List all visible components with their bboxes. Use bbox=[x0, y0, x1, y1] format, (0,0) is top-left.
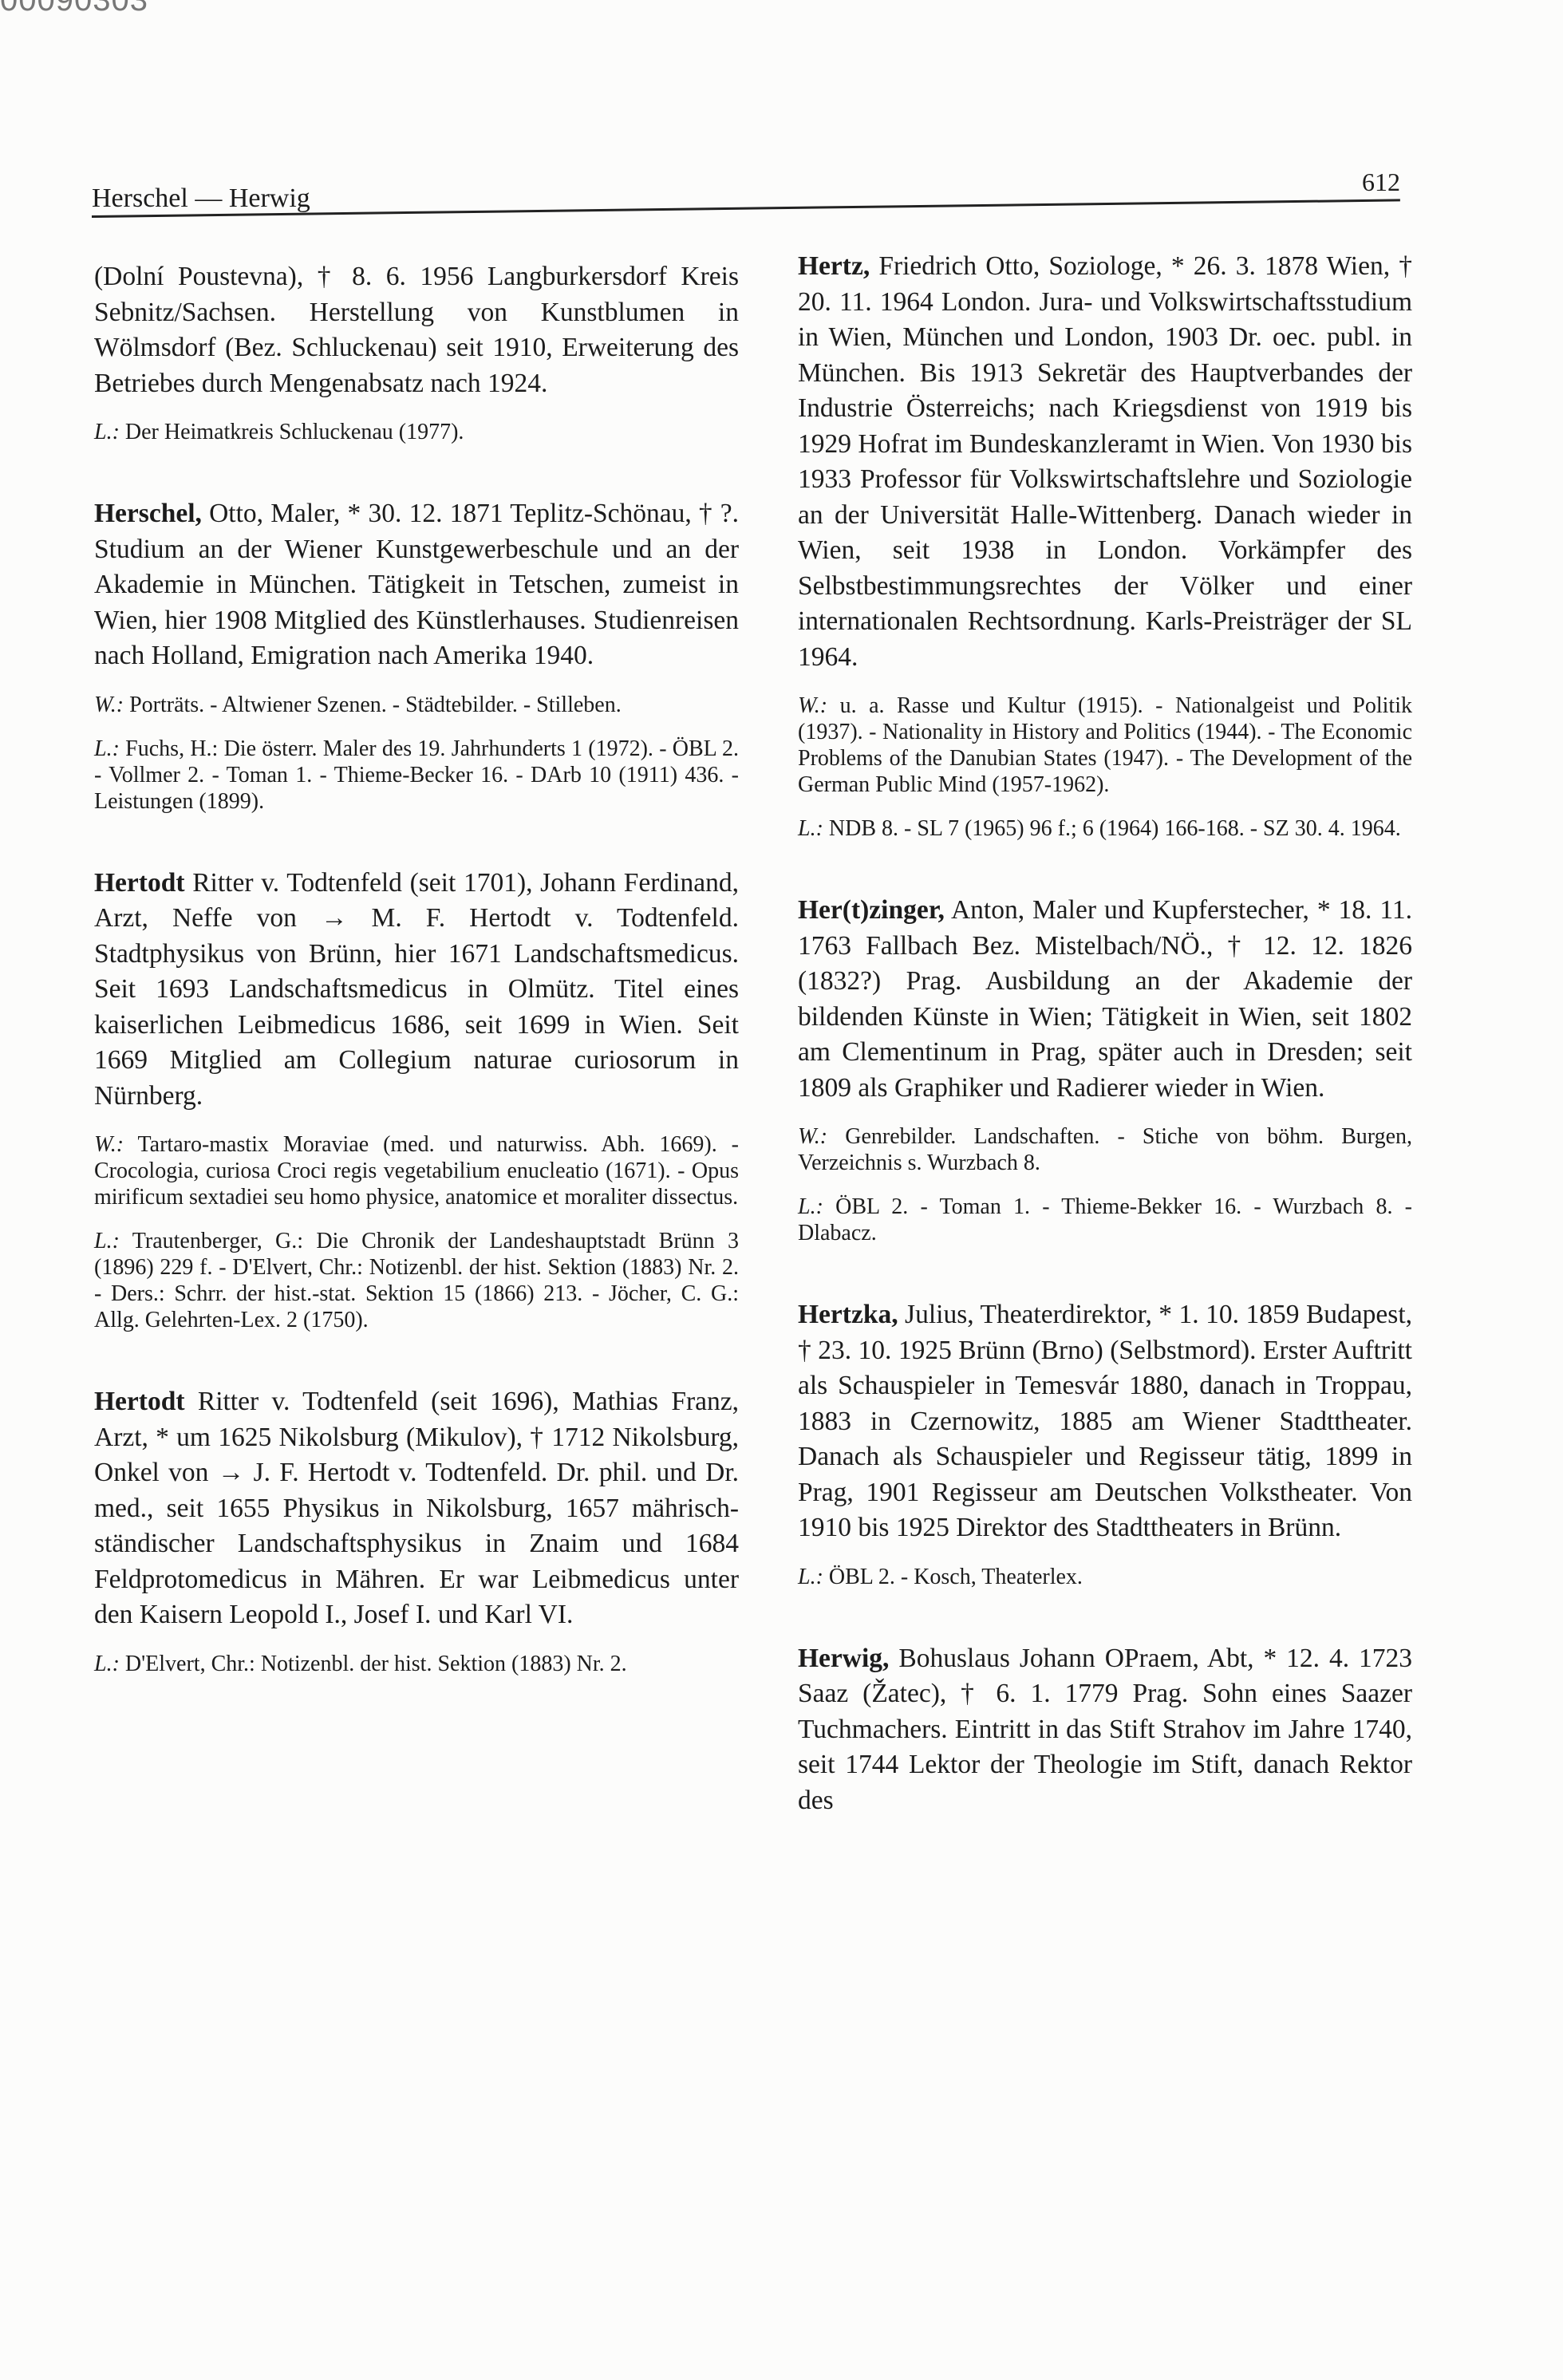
right-column: Hertz, Friedrich Otto, Soziologe, * 26. … bbox=[798, 249, 1412, 1850]
entry-text: Hertodt Ritter v. Todtenfeld (seit 1701)… bbox=[94, 866, 739, 1115]
entry-literature: L.: ÖBL 2. - Kosch, Theaterlex. bbox=[798, 1564, 1412, 1590]
entry-text: Her(t)zinger, Anton, Maler und Kupferste… bbox=[798, 893, 1412, 1106]
entry-works: W.: Tartaro-mastix Moraviae (med. und na… bbox=[94, 1131, 739, 1210]
entry-literature: L.: Trautenberger, G.: Die Chronik der L… bbox=[94, 1228, 739, 1333]
left-column: (Dolní Poustevna), † 8. 6. 1956 Langburk… bbox=[94, 259, 739, 1709]
entry-text: Herwig, Bohuslaus Johann OPraem, Abt, * … bbox=[798, 1641, 1412, 1819]
entry-lemma: Hertz, bbox=[798, 251, 870, 281]
entry-literature: L.: Fuchs, H.: Die österr. Maler des 19.… bbox=[94, 736, 739, 815]
entry-literature: L.: Der Heimatkreis Schluckenau (1977). bbox=[94, 419, 739, 445]
page-number: 612 bbox=[1362, 168, 1400, 197]
entry-lemma: Herwig, bbox=[798, 1644, 889, 1673]
entry-lemma: Her(t)zinger, bbox=[798, 895, 945, 925]
entry-lemma: Hertodt bbox=[94, 1387, 185, 1416]
entry-schluckenau-continuation: (Dolní Poustevna), † 8. 6. 1956 Langburk… bbox=[94, 259, 739, 445]
entry-text: Hertzka, Julius, Theaterdirektor, * 1. 1… bbox=[798, 1297, 1412, 1546]
entry-lemma: Hertodt bbox=[94, 868, 185, 898]
entry-herwig-bohuslaus: Herwig, Bohuslaus Johann OPraem, Abt, * … bbox=[798, 1641, 1412, 1819]
entry-hertzka-julius: Hertzka, Julius, Theaterdirektor, * 1. 1… bbox=[798, 1297, 1412, 1590]
running-title: Herschel — Herwig bbox=[92, 184, 310, 214]
entry-hertodt-johann-ferdinand: Hertodt Ritter v. Todtenfeld (seit 1701)… bbox=[94, 866, 739, 1334]
entry-hertzinger-anton: Her(t)zinger, Anton, Maler und Kupferste… bbox=[798, 893, 1412, 1246]
entry-text: Hertz, Friedrich Otto, Soziologe, * 26. … bbox=[798, 249, 1412, 675]
entry-text: Hertodt Ritter v. Todtenfeld (seit 1696)… bbox=[94, 1384, 739, 1633]
entry-literature: L.: ÖBL 2. - Toman 1. - Thieme-Bekker 16… bbox=[798, 1194, 1412, 1246]
entry-works: W.: Genrebilder. Landschaften. - Stiche … bbox=[798, 1123, 1412, 1176]
running-head: Herschel — Herwig 612 bbox=[92, 176, 1400, 223]
entry-hertz-friedrich-otto: Hertz, Friedrich Otto, Soziologe, * 26. … bbox=[798, 249, 1412, 842]
scan-id: 00090303 bbox=[0, 0, 148, 18]
entry-text: Herschel, Otto, Maler, * 30. 12. 1871 Te… bbox=[94, 496, 739, 674]
entry-text: (Dolní Poustevna), † 8. 6. 1956 Langburk… bbox=[94, 259, 739, 401]
entry-literature: L.: D'Elvert, Chr.: Notizenbl. der hist.… bbox=[94, 1651, 739, 1677]
entry-lemma: Hertzka, bbox=[798, 1300, 898, 1329]
entry-works: W.: u. a. Rasse und Kultur (1915). - Nat… bbox=[798, 693, 1412, 798]
entry-hertodt-mathias-franz: Hertodt Ritter v. Todtenfeld (seit 1696)… bbox=[94, 1384, 739, 1677]
entry-literature: L.: NDB 8. - SL 7 (1965) 96 f.; 6 (1964)… bbox=[798, 815, 1412, 842]
entry-lemma: Herschel, bbox=[94, 499, 202, 528]
entry-herschel-otto: Herschel, Otto, Maler, * 30. 12. 1871 Te… bbox=[94, 496, 739, 815]
entry-works: W.: Porträts. - Altwiener Szenen. - Städ… bbox=[94, 692, 739, 718]
